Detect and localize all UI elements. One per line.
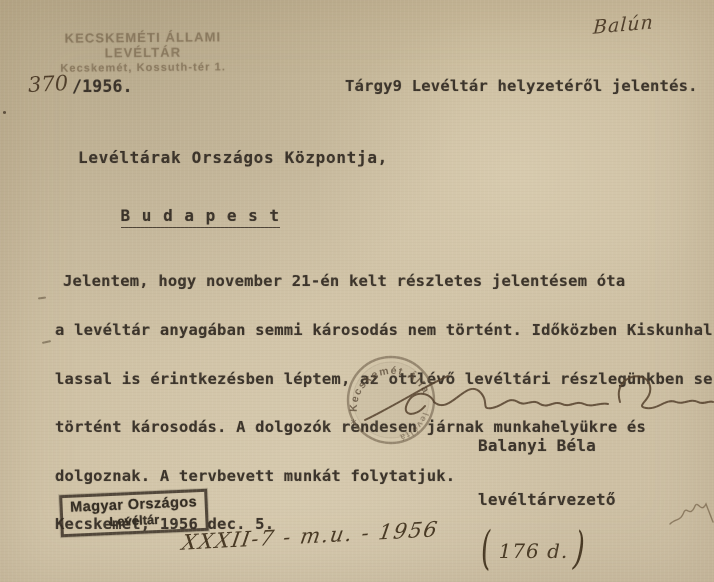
edge-scribble (668, 494, 714, 530)
paper-speck (436, 87, 438, 89)
paren-open: ( (480, 523, 495, 577)
circled-annotation: (176 d.) (452, 511, 585, 582)
subject-line: Tárgy9 Levéltár helyzetéről jelentés. (345, 78, 698, 94)
office-stamp-address: Kecskemét, Kossuth-tér 1. (38, 61, 248, 75)
paper-speck (3, 111, 6, 114)
pencil-mark (38, 296, 46, 299)
edge-scribble-stroke (670, 504, 713, 524)
body-line: a levéltár anyagában semmi károsodás nem… (55, 322, 714, 338)
reference-number-handwritten: 370 (27, 71, 68, 97)
signature-surname-stroke (619, 376, 713, 408)
signer-title: levéltárvezető (478, 491, 616, 509)
recipient-city: B u d a p e s t (78, 192, 280, 241)
handwritten-note-top-right: Balún (593, 11, 655, 38)
scanned-letter-page: KECSKEMÉTI ÁLLAMI LEVÉLTÁR Kecskemét, Ko… (0, 0, 714, 582)
body-line: Jelentem, hogy november 21-én kelt részl… (55, 273, 714, 289)
signer-name: Balanyi Béla (478, 437, 616, 455)
recipient-city-underlined: B u d a p e s t (121, 206, 281, 228)
office-stamp-name: KECSKEMÉTI ÁLLAMI LEVÉLTÁR (38, 29, 248, 61)
pencil-mark (42, 340, 51, 344)
signature-lead-stroke (365, 376, 448, 420)
office-stamp: KECSKEMÉTI ÁLLAMI LEVÉLTÁR Kecskemét, Ko… (38, 29, 248, 75)
circled-annotation-text: 176 d. (499, 539, 569, 563)
paren-close: ) (572, 523, 587, 577)
recipient-organization: Levéltárak Országos Központja, (78, 150, 388, 166)
reference-number-typed: /1956. (72, 79, 133, 95)
